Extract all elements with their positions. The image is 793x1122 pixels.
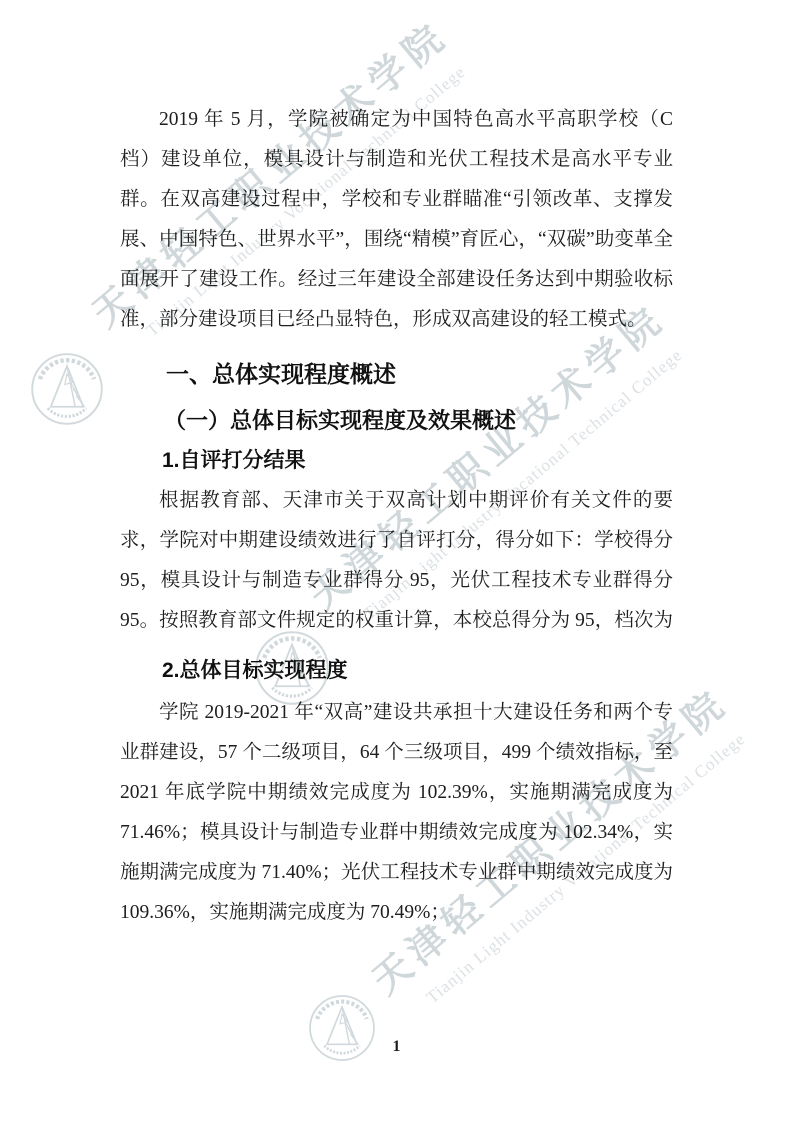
page-content: 2019 年 5 月，学院被确定为中国特色高水平高职学校（C 档）建设单位，模具… <box>120 0 673 933</box>
heading-section-1: 一、总体实现程度概述 <box>120 361 673 388</box>
paragraph-overall-progress: 学院 2019-2021 年“双高”建设共承担十大建设任务和两个专业群建设，57… <box>120 693 673 933</box>
heading-overall-progress: 2.总体目标实现程度 <box>120 658 673 683</box>
heading-subsection-1: （一）总体目标实现程度及效果概述 <box>120 408 673 434</box>
page-number: 1 <box>0 1038 793 1056</box>
college-seal-logo-icon <box>30 352 104 426</box>
heading-self-score: 1.自评打分结果 <box>120 448 673 473</box>
watermark: 天津轻工职业技术学院 Tianjin Light Industry Vocati… <box>358 962 793 1047</box>
document-page: 天津轻工职业技术学院 Tianjin Light Industry Vocati… <box>0 0 793 1122</box>
paragraph-self-score: 根据教育部、天津市关于双高计划中期评价有关文件的要求，学院对中期建设绩效进行了自… <box>120 481 673 641</box>
paragraph-overview: 2019 年 5 月，学院被确定为中国特色高水平高职学校（C 档）建设单位，模具… <box>120 100 673 340</box>
